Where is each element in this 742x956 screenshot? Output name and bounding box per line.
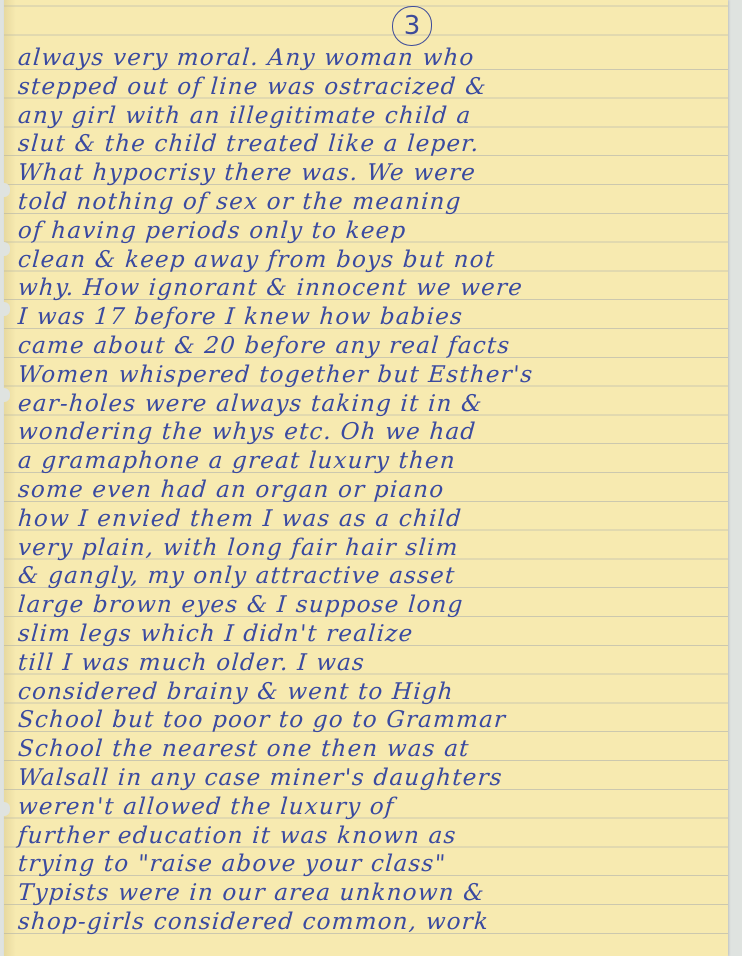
text-line: large brown eyes & I suppose long	[17, 591, 719, 620]
text-line: weren't allowed the luxury of	[17, 793, 719, 822]
punch-hole	[0, 802, 10, 816]
text-line: trying to "raise above your class"	[17, 850, 719, 879]
text-line: School the nearest one then was at	[17, 735, 719, 764]
text-line: of having periods only to keep	[17, 217, 719, 246]
punch-hole	[0, 302, 10, 316]
text-line: & gangly, my only attractive asset	[17, 562, 719, 591]
text-line: Walsall in any case miner's daughters	[17, 764, 719, 793]
text-line: clean & keep away from boys but not	[17, 246, 719, 275]
text-line: shop-girls considered common, work	[17, 908, 719, 937]
text-line: some even had an organ or piano	[17, 476, 719, 505]
text-line: School but too poor to go to Grammar	[17, 706, 719, 735]
punch-hole	[0, 183, 10, 197]
text-line: any girl with an illegitimate child a	[17, 102, 719, 131]
text-line: a gramaphone a great luxury then	[17, 447, 719, 476]
text-line: why. How ignorant & innocent we were	[17, 274, 719, 303]
text-line: slim legs which I didn't realize	[17, 620, 719, 649]
text-line: Typists were in our area unknown &	[17, 879, 719, 908]
text-line: I was 17 before I knew how babies	[17, 303, 719, 332]
punch-hole	[0, 388, 10, 402]
text-line: ear-holes were always taking it in &	[17, 390, 719, 419]
page-number-circled: 3	[392, 6, 432, 46]
text-line: stepped out of line was ostracized &	[17, 73, 719, 102]
text-line: Women whispered together but Esther's	[17, 361, 719, 390]
letter-page: 3 always very moral. Any woman who stepp…	[4, 0, 728, 956]
punch-hole	[0, 242, 10, 256]
text-line: always very moral. Any woman who	[17, 44, 719, 73]
text-line: told nothing of sex or the meaning	[17, 188, 719, 217]
text-line: What hypocrisy there was. We were	[17, 159, 719, 188]
text-line: further education it was known as	[17, 822, 719, 851]
text-line: very plain, with long fair hair slim	[17, 534, 719, 563]
text-line: considered brainy & went to High	[17, 678, 719, 707]
text-line: slut & the child treated like a leper.	[17, 130, 719, 159]
text-line: till I was much older. I was	[17, 649, 719, 678]
text-line: how I envied them I was as a child	[17, 505, 719, 534]
handwritten-text: always very moral. Any woman who stepped…	[18, 44, 718, 937]
text-line: came about & 20 before any real facts	[17, 332, 719, 361]
text-line: wondering the whys etc. Oh we had	[17, 418, 719, 447]
